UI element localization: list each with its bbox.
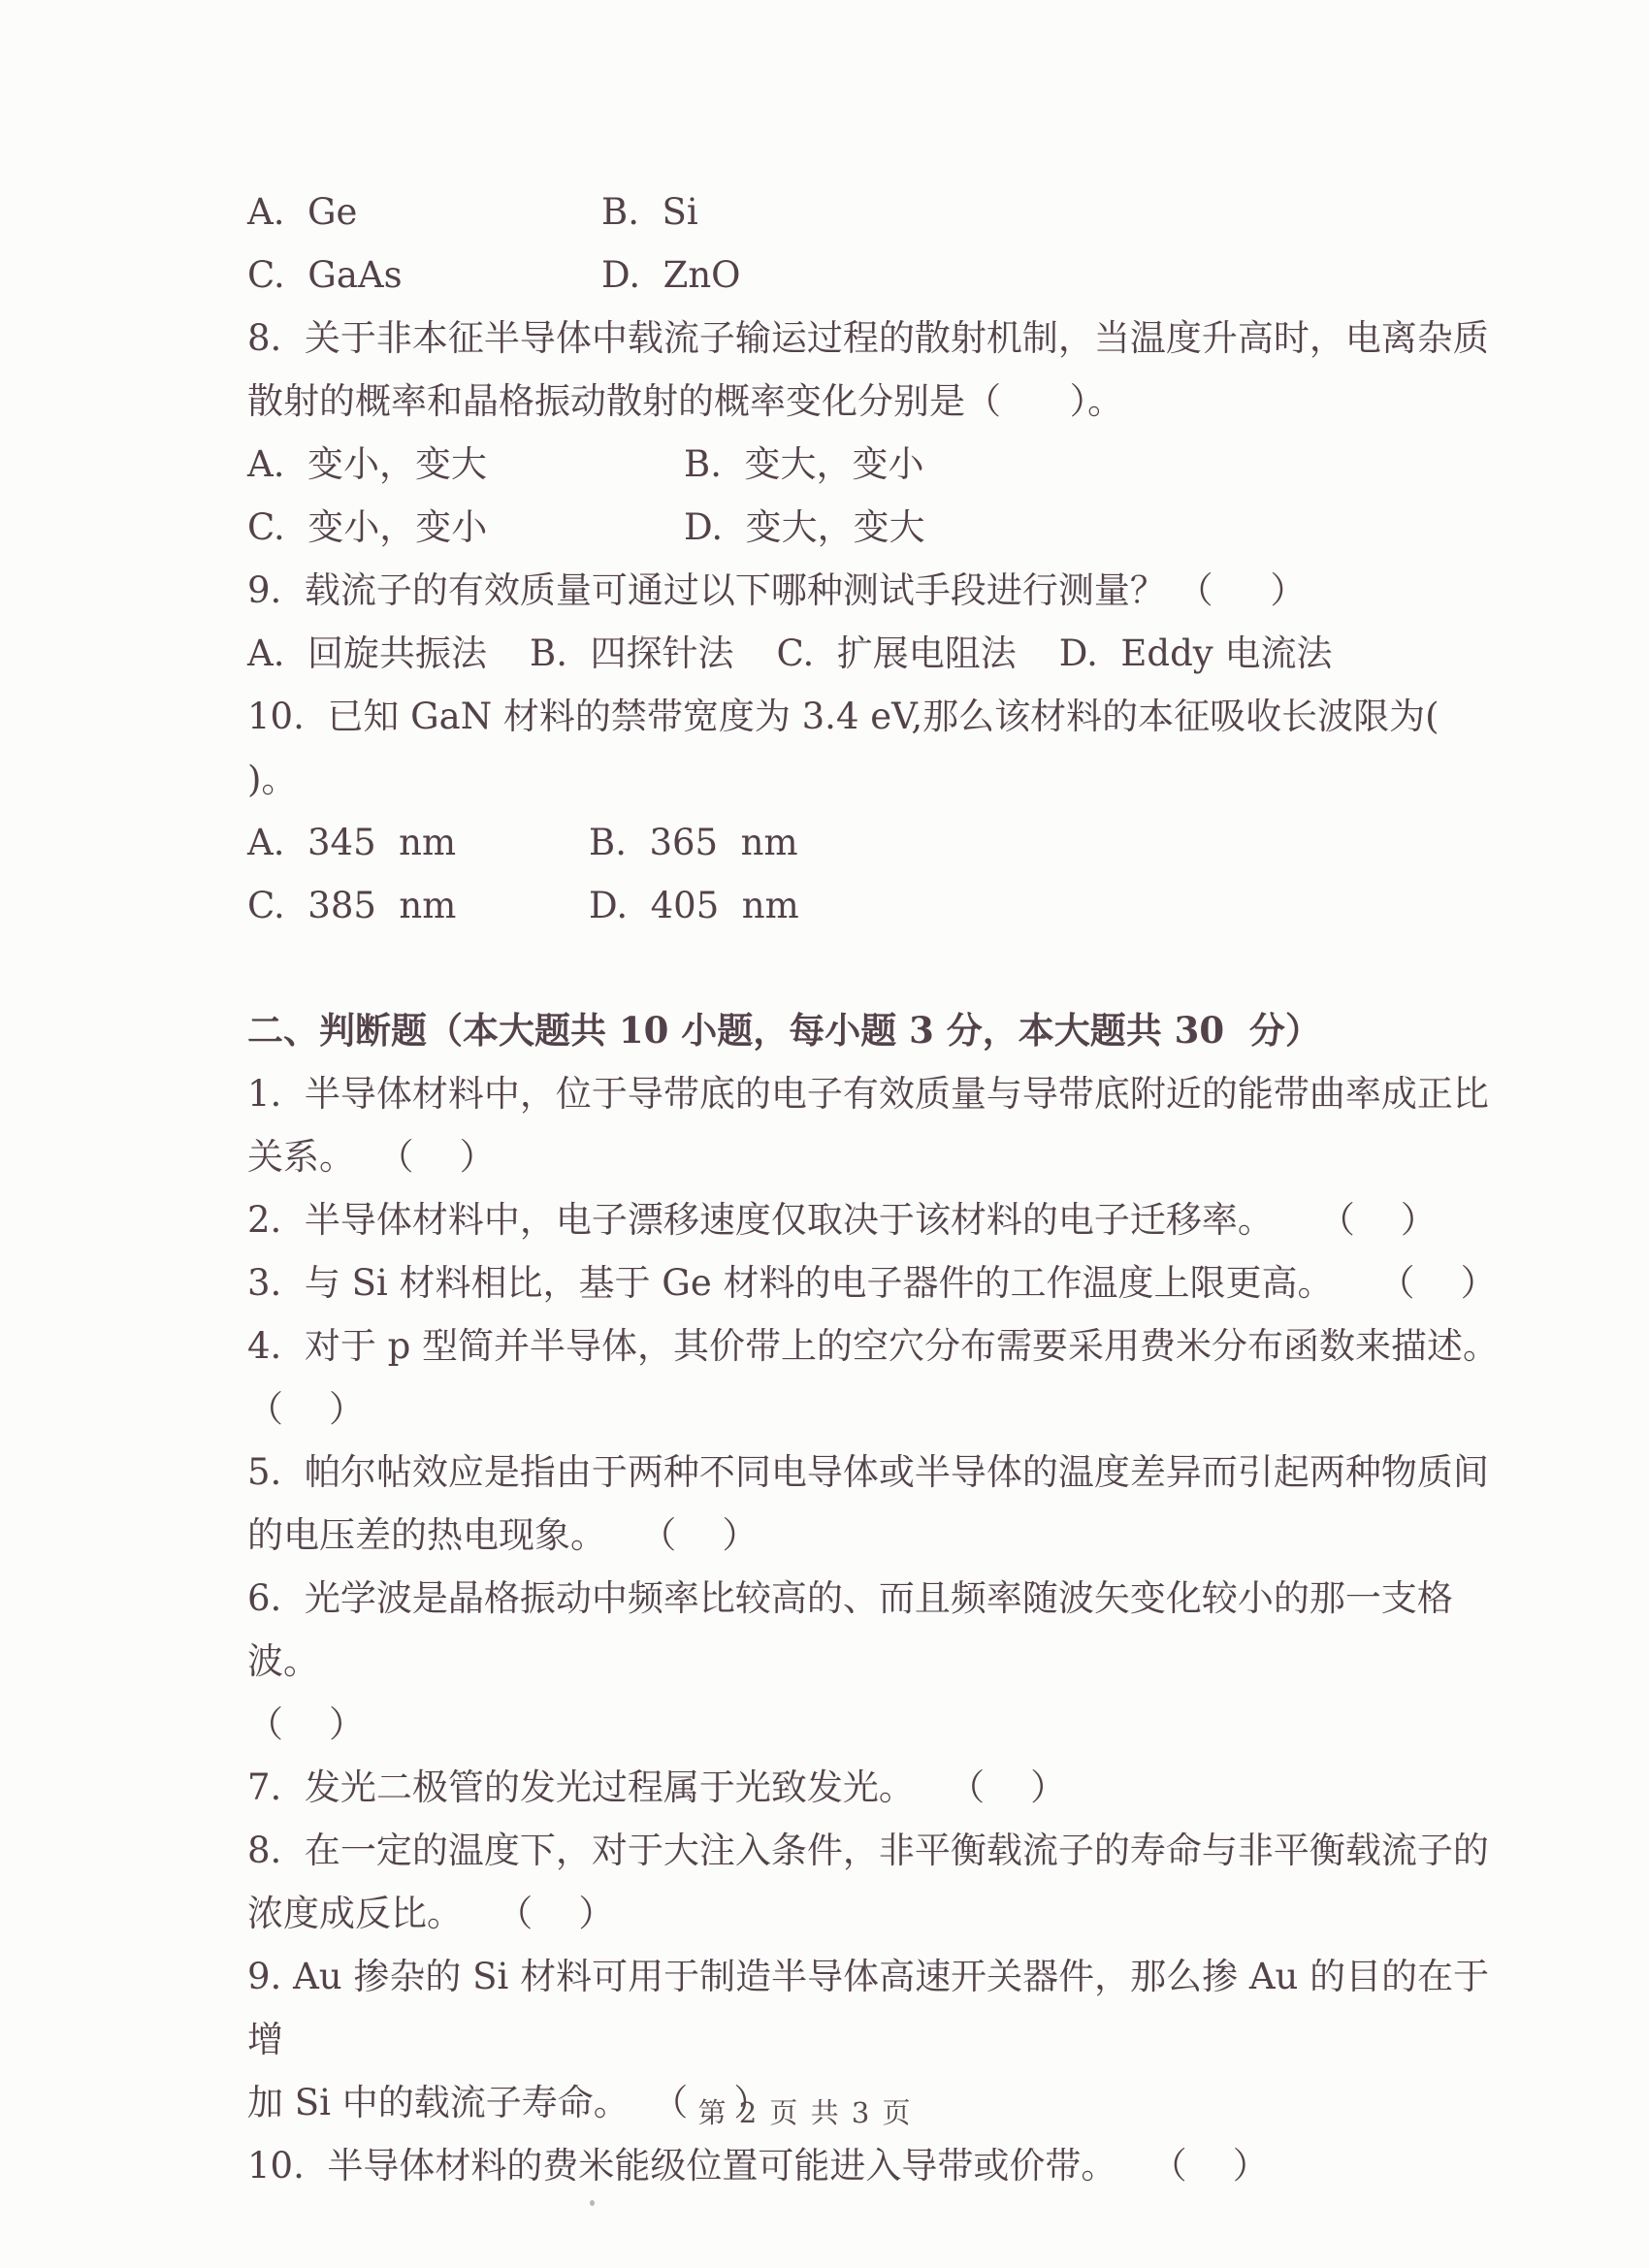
mc-q7-option-a: A. Ge bbox=[247, 180, 601, 243]
tf-item-2-line-1: 2. 半导体材料中，电子漂移速度仅取决于该材料的电子迁移率。 （ ） bbox=[247, 1188, 1503, 1251]
mc-q9-option-a: A. 回旋共振法 bbox=[247, 622, 487, 685]
mc-q9-option-d: D. Eddy 电流法 bbox=[1059, 622, 1333, 685]
tf-item-1-line-1: 1. 半导体材料中，位于导带底的电子有效质量与导带底附近的能带曲率成正比 bbox=[247, 1062, 1503, 1125]
exam-content: A. Ge B. Si C. GaAs D. ZnO 8. 关于非本征半导体中载… bbox=[0, 0, 1649, 2197]
mc-q8-option-b: B. 变大，变小 bbox=[684, 433, 923, 496]
tf-item-8-line-2: 浓度成反比。 （ ） bbox=[247, 1882, 1503, 1945]
mc-q7-option-c: C. GaAs bbox=[247, 243, 601, 307]
tf-item-9-line-1: 9. Au 掺杂的 Si 材料可用于制造半导体高速开关器件，那么掺 Au 的目的… bbox=[247, 1945, 1503, 2071]
tf-item-6-line-2: （ ） bbox=[247, 1693, 1503, 1756]
mc-q10-option-a: A. 345 nm bbox=[247, 811, 589, 874]
mc-q7-options-row-ab: A. Ge B. Si bbox=[247, 180, 1503, 243]
mc-q10-option-d: D. 405 nm bbox=[589, 874, 799, 937]
tf-item-6-line-1: 6. 光学波是晶格振动中频率比较高的、而且频率随波矢变化较小的那一支格波。 bbox=[247, 1567, 1503, 1693]
mc-q9-options-row: A. 回旋共振法 B. 四探针法 C. 扩展电阻法 D. Eddy 电流法 bbox=[247, 622, 1503, 685]
page-footer: 第 2 页 共 3 页 bbox=[0, 2093, 1610, 2132]
mc-q8-option-a: A. 变小，变大 bbox=[247, 433, 684, 496]
tf-item-10-line-1: 10. 半导体材料的费米能级位置可能进入导带或价带。 （ ） bbox=[247, 2134, 1503, 2197]
scan-speck-artifact bbox=[590, 2200, 595, 2206]
mc-q8-option-c: C. 变小，变小 bbox=[247, 496, 684, 559]
tf-item-1-line-2: 关系。 （ ） bbox=[247, 1125, 1503, 1188]
mc-q9-option-c: C. 扩展电阻法 bbox=[777, 622, 1017, 685]
tf-item-5-line-2: 的电压差的热电现象。 （ ） bbox=[247, 1504, 1503, 1567]
tf-item-4-line-2: （ ） bbox=[247, 1377, 1503, 1441]
mc-q10-line: 10. 已知 GaN 材料的禁带宽度为 3.4 eV,那么该材料的本征吸收长波限… bbox=[247, 685, 1503, 811]
mc-q7-option-d: D. ZnO bbox=[601, 243, 741, 307]
tf-item-5-line-1: 5. 帕尔帖效应是指由于两种不同电导体或半导体的温度差异而引起两种物质间 bbox=[247, 1441, 1503, 1504]
mc-q9-option-b: B. 四探针法 bbox=[530, 622, 733, 685]
mc-q9-line: 9. 载流子的有效质量可通过以下哪种测试手段进行测量？ （ ） bbox=[247, 559, 1503, 622]
tf-item-8-line-1: 8. 在一定的温度下，对于大注入条件，非平衡载流子的寿命与非平衡载流子的 bbox=[247, 1819, 1503, 1882]
exam-page-scan: A. Ge B. Si C. GaAs D. ZnO 8. 关于非本征半导体中载… bbox=[0, 0, 1649, 2268]
mc-q7-options-row-cd: C. GaAs D. ZnO bbox=[247, 243, 1503, 307]
mc-q10-option-b: B. 365 nm bbox=[589, 811, 798, 874]
mc-q10-options-row-cd: C. 385 nm D. 405 nm bbox=[247, 874, 1503, 937]
mc-q8-line-2: 散射的概率和晶格振动散射的概率变化分别是（ ）。 bbox=[247, 370, 1503, 433]
mc-q8-line-1: 8. 关于非本征半导体中载流子输运过程的散射机制，当温度升高时，电离杂质 bbox=[247, 307, 1503, 370]
mc-q10-option-c: C. 385 nm bbox=[247, 874, 589, 937]
mc-q8-options-row-ab: A. 变小，变大 B. 变大，变小 bbox=[247, 433, 1503, 496]
tf-section-header: 二、判断题（本大题共 10 小题，每小题 3 分，本大题共 30 分） bbox=[247, 999, 1503, 1062]
tf-item-4-line-1: 4. 对于 p 型简并半导体，其价带上的空穴分布需要采用费米分布函数来描述。 bbox=[247, 1314, 1503, 1377]
mc-q10-options-row-ab: A. 345 nm B. 365 nm bbox=[247, 811, 1503, 874]
mc-q8-option-d: D. 变大，变大 bbox=[684, 496, 925, 559]
mc-q7-option-b: B. Si bbox=[601, 180, 698, 243]
tf-item-3-line-1: 3. 与 Si 材料相比，基于 Ge 材料的电子器件的工作温度上限更高。 （ ） bbox=[247, 1251, 1503, 1314]
mc-q8-options-row-cd: C. 变小，变小 D. 变大，变大 bbox=[247, 496, 1503, 559]
tf-item-7-line-1: 7. 发光二极管的发光过程属于光致发光。 （ ） bbox=[247, 1756, 1503, 1819]
